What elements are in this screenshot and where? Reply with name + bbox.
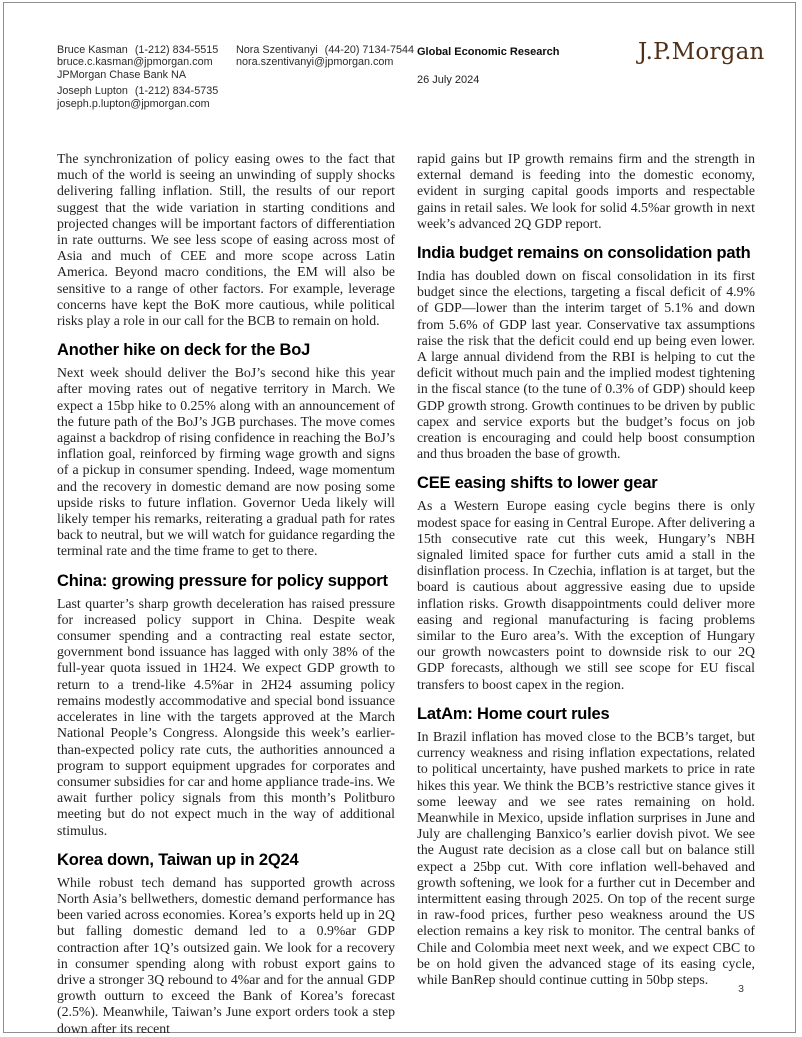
contact-name: Joseph Lupton: [57, 85, 128, 97]
contact-name: Bruce Kasman: [57, 44, 128, 56]
section-heading-latam: LatAm: Home court rules: [417, 705, 755, 724]
section-heading-boj: Another hike on deck for the BoJ: [57, 341, 395, 360]
paragraph-boj: Next week should deliver the BoJ’s secon…: [57, 365, 395, 559]
contact-name-phone: Joseph Lupton(1-212) 834-5735: [57, 85, 218, 97]
report-meta: Global Economic Research 26 July 2024: [417, 46, 559, 86]
contact-joseph-lupton: Joseph Lupton(1-212) 834-5735 joseph.p.l…: [57, 85, 218, 110]
contact-name-phone: Bruce Kasman(1-212) 834-5515: [57, 44, 218, 56]
contact-email: joseph.p.lupton@jpmorgan.com: [57, 98, 218, 110]
contact-column-1: Bruce Kasman(1-212) 834-5515 bruce.c.kas…: [57, 44, 218, 110]
contact-column-2: Nora Szentivanyi(44-20) 7134-7544 nora.s…: [236, 44, 414, 69]
right-column: rapid gains but IP growth remains firm a…: [417, 151, 755, 1033]
contact-name-phone: Nora Szentivanyi(44-20) 7134-7544: [236, 44, 414, 56]
section-heading-korea-taiwan: Korea down, Taiwan up in 2Q24: [57, 851, 395, 870]
contact-name: Nora Szentivanyi: [236, 44, 318, 56]
contact-phone: (1-212) 834-5735: [135, 85, 218, 97]
contact-org: JPMorgan Chase Bank NA: [57, 69, 218, 81]
page-number: 3: [728, 983, 744, 995]
paragraph-latam: In Brazil inflation has moved close to t…: [417, 729, 755, 988]
paragraph-china: Last quarter’s sharp growth deceleration…: [57, 596, 395, 839]
paragraph-korea-taiwan: While robust tech demand has supported g…: [57, 875, 395, 1033]
contact-email: bruce.c.kasman@jpmorgan.com: [57, 56, 218, 68]
contact-email: nora.szentivanyi@jpmorgan.com: [236, 56, 414, 68]
contact-bruce-kasman: Bruce Kasman(1-212) 834-5515 bruce.c.kas…: [57, 44, 218, 81]
section-heading-cee: CEE easing shifts to lower gear: [417, 474, 755, 493]
report-date: 26 July 2024: [417, 74, 559, 86]
jpmorgan-logo: J.P.Morgan: [638, 39, 765, 65]
research-division-label: Global Economic Research: [417, 46, 559, 58]
paragraph-taiwan-continued: rapid gains but IP growth remains firm a…: [417, 151, 755, 232]
contact-phone: (1-212) 834-5515: [135, 44, 218, 56]
contact-nora-szentivanyi: Nora Szentivanyi(44-20) 7134-7544 nora.s…: [236, 44, 414, 69]
contact-phone: (44-20) 7134-7544: [325, 44, 414, 56]
left-column: The synchronization of policy easing owe…: [57, 151, 395, 1033]
section-heading-india: India budget remains on consolidation pa…: [417, 244, 755, 263]
section-heading-china: China: growing pressure for policy suppo…: [57, 572, 395, 591]
paragraph-cee: As a Western Europe easing cycle begins …: [417, 498, 755, 692]
paragraph-india: India has doubled down on fiscal consoli…: [417, 268, 755, 462]
paragraph-intro: The synchronization of policy easing owe…: [57, 151, 395, 329]
